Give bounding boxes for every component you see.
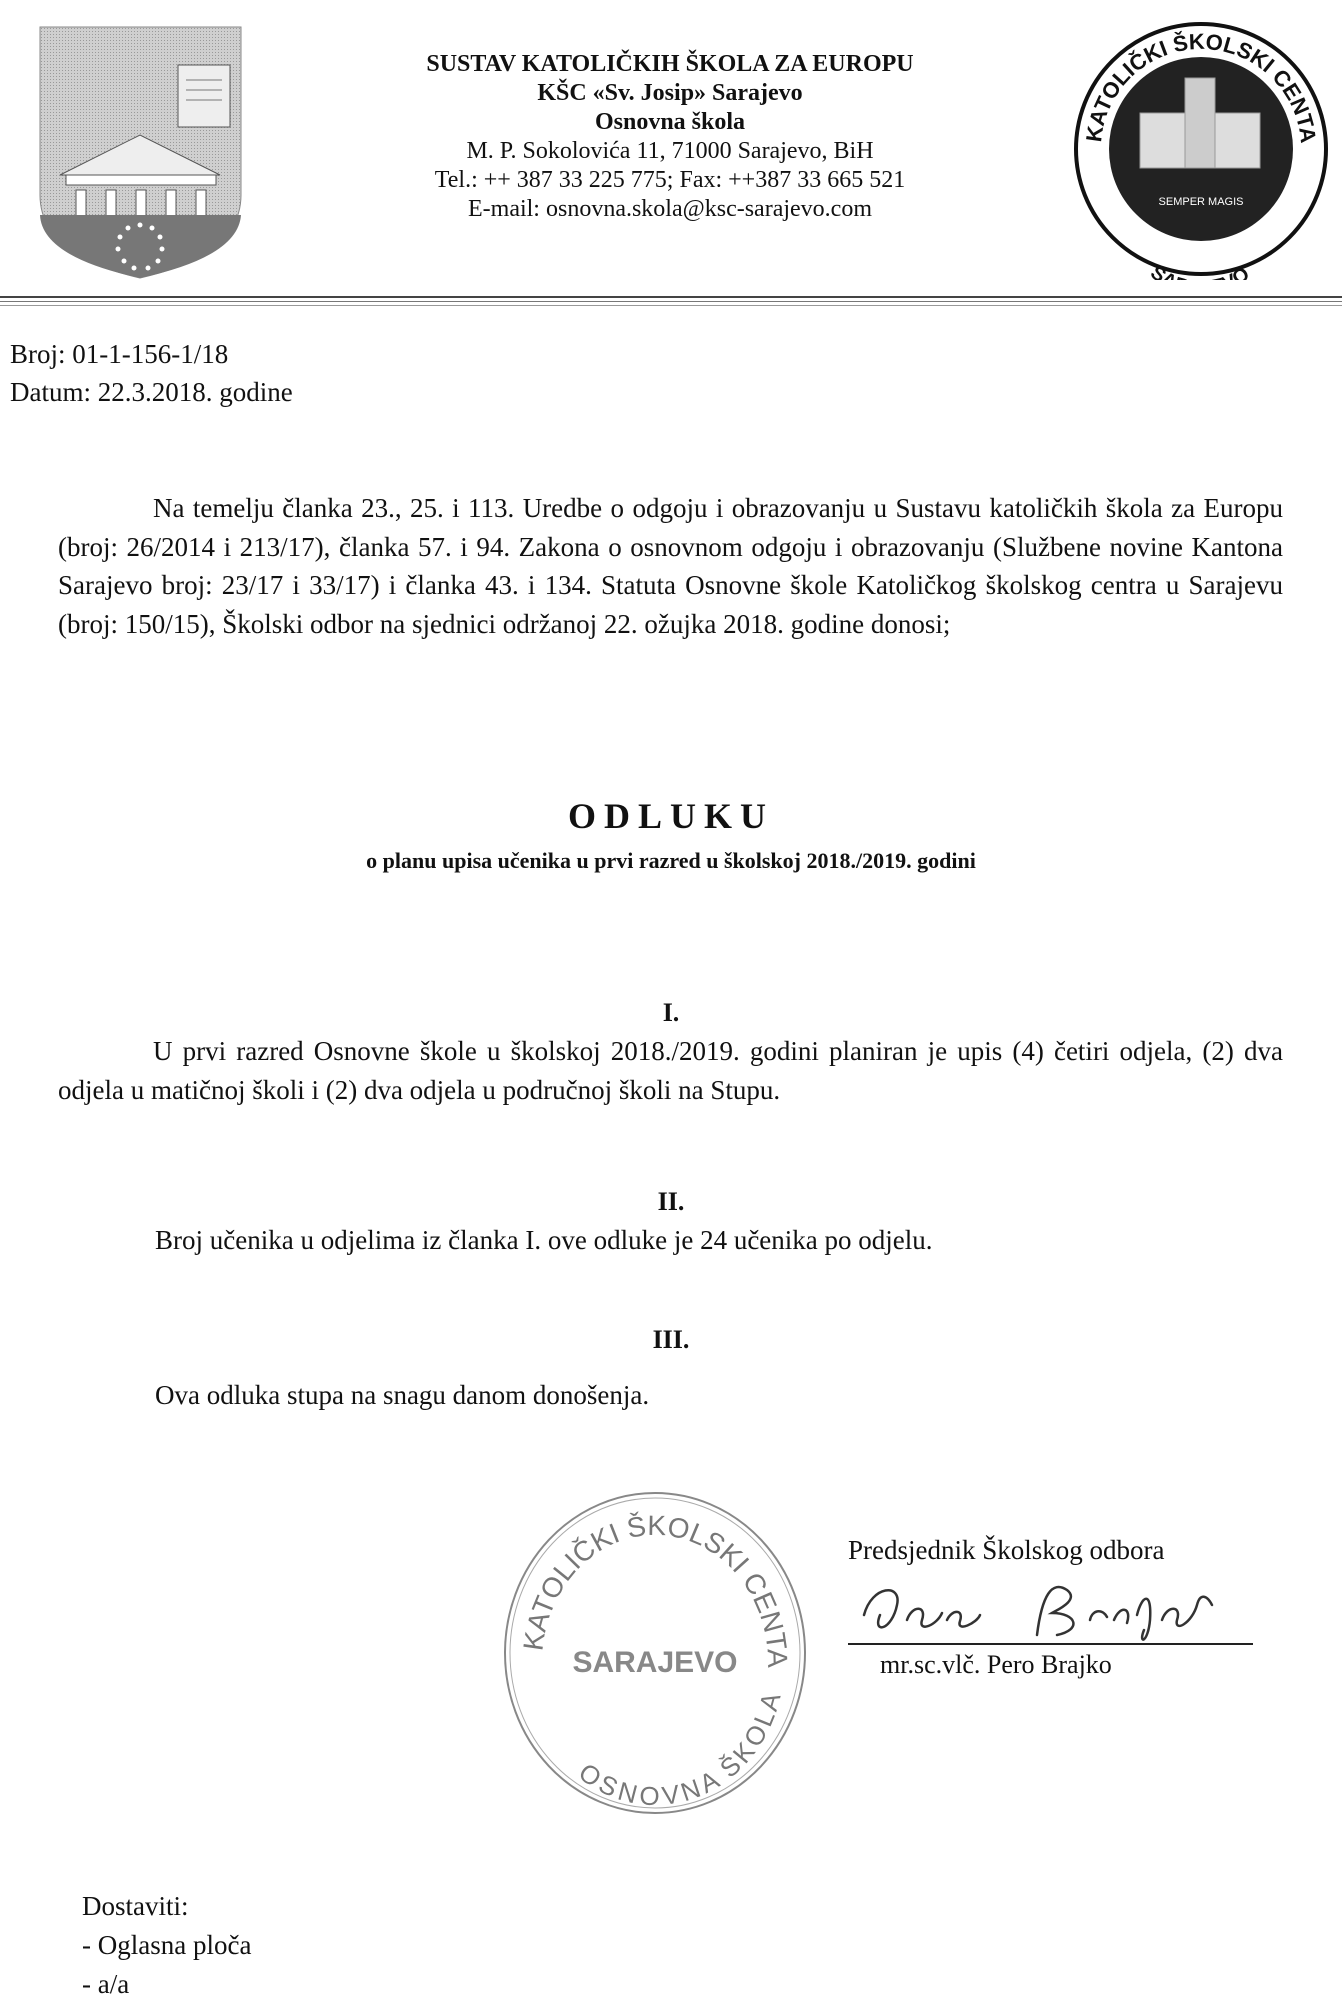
article-2-number: II. (0, 1187, 1342, 1217)
delivery-item: - Oglasna ploča (82, 1926, 251, 1965)
decision-title: ODLUKU (0, 795, 1342, 837)
delivery-label: Dostaviti: (82, 1887, 251, 1926)
school-crest-icon (38, 25, 243, 280)
delivery-list: Dostaviti: - Oglasna ploča - a/a (82, 1887, 251, 2000)
document-number: Broj: 01-1-156-1/18 (10, 335, 293, 373)
signatory-name: mr.sc.vlč. Pero Brajko (880, 1650, 1112, 1680)
article-1-text-block: U prvi razred Osnovne škole u školskoj 2… (58, 1032, 1283, 1109)
header-address: M. P. Sokolovića 11, 71000 Sarajevo, BiH (330, 137, 1010, 166)
document-date: Datum: 22.3.2018. godine (10, 373, 293, 411)
organization-header: SUSTAV KATOLIČKIH ŠKOLA ZA EUROPU KŠC «S… (330, 50, 1010, 224)
article-3-number: III. (0, 1325, 1342, 1355)
article-3-text: Ova odluka stupa na snagu danom donošenj… (155, 1380, 649, 1411)
article-1-number: I. (0, 998, 1342, 1028)
article-1-text: U prvi razred Osnovne škole u školskoj 2… (58, 1036, 1283, 1105)
article-2-text: Broj učenika u odjelima iz članka I. ove… (155, 1225, 933, 1256)
header-divider-2 (0, 301, 1342, 302)
svg-text:SARAJEVO: SARAJEVO (572, 1646, 737, 1679)
header-line-3: Osnovna škola (330, 108, 1010, 137)
header-email: E-mail: osnovna.skola@ksc-sarajevo.com (330, 195, 1010, 224)
header-line-2: KŠC «Sv. Josip» Sarajevo (330, 79, 1010, 108)
round-stamp-icon: KATOLIČKI ŠKOLSKI CENTAR OSNOVNA ŠKOLA S… (500, 1488, 810, 1818)
svg-text:SEMPER MAGIS: SEMPER MAGIS (1159, 196, 1244, 208)
preamble-paragraph: Na temelju članka 23., 25. i 113. Uredbe… (58, 489, 1283, 643)
header-divider (0, 296, 1342, 298)
header-line-1: SUSTAV KATOLIČKIH ŠKOLA ZA EUROPU (330, 50, 1010, 79)
decision-subtitle: o planu upisa učenika u prvi razred u šk… (0, 848, 1342, 874)
svg-text:OSNOVNA ŠKOLA: OSNOVNA ŠKOLA (573, 1689, 786, 1812)
svg-text:KATOLIČKI ŠKOLSKI CENTAR: KATOLIČKI ŠKOLSKI CENTAR (500, 1488, 793, 1668)
signature-line (848, 1643, 1253, 1645)
preamble-text: Na temelju članka 23., 25. i 113. Uredbe… (58, 493, 1283, 639)
header-phone: Tel.: ++ 387 33 225 775; Fax: ++387 33 6… (330, 166, 1010, 195)
school-seal-icon: KATOLIČKI ŠKOLSKI CENTAR "SV. JOSIP" SAR… (1070, 18, 1332, 280)
delivery-item: - a/a (82, 1965, 251, 2000)
header-divider-3 (0, 305, 1342, 306)
signature-title: Predsjednik Školskog odbora (848, 1535, 1165, 1566)
document-meta: Broj: 01-1-156-1/18 Datum: 22.3.2018. go… (10, 335, 293, 411)
